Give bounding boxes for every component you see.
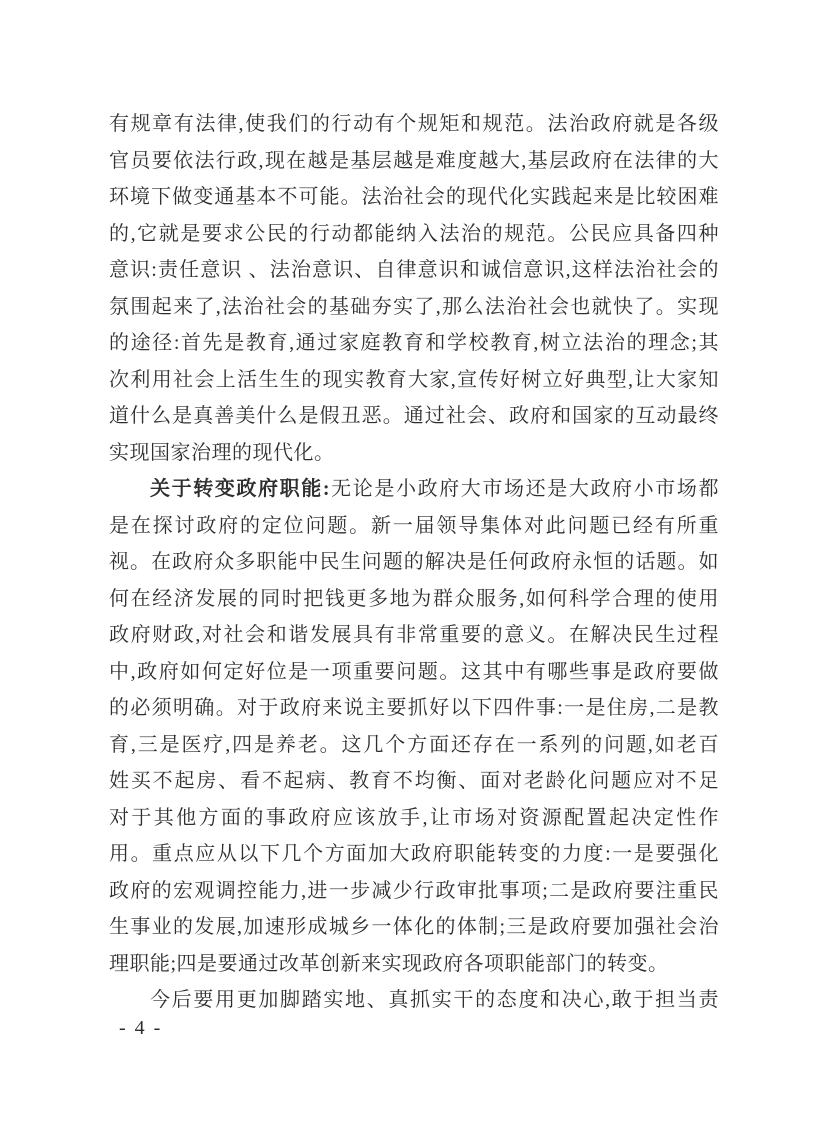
text-line: 何在经济发展的同时把钱更多地为群众服务,如何科学合理的使用 [109,581,719,618]
text-line: 的途径:首先是教育,通过家庭教育和学校教育,树立法治的理念;其 [109,325,719,362]
text-line: 实现国家治理的现代化。 [109,435,719,472]
text-line: 是在探讨政府的定位问题。新一届领导集体对此问题已经有所重 [109,508,719,545]
document-page: 有规章有法律,使我们的行动有个规矩和规范。法治政府就是各级 官员要依法行政,现在… [0,0,827,1122]
text-line: 姓买不起房、看不起病、教育不均衡、面对老龄化问题应对不足等。 [109,763,719,800]
text-line: 理职能;四是要通过改革创新来实现政府各项职能部门的转变。 [109,946,719,983]
text-line: 的必须明确。对于政府来说主要抓好以下四件事:一是住房,二是教 [109,690,719,727]
text-line: 官员要依法行政,现在越是基层越是难度越大,基层政府在法律的大 [109,143,719,180]
page-number: - 4 - [119,1014,162,1042]
text-line: 次利用社会上活生生的现实教育大家,宣传好树立好典型,让大家知 [109,362,719,399]
text-line: 意识:责任意识 、法治意识、自律意识和诚信意识,这样法治社会的 [109,252,719,289]
text-line: 生事业的发展,加速形成城乡一体化的体制;三是政府要加强社会治 [109,909,719,946]
text-line: 视。在政府众多职能中民生问题的解决是任何政府永恒的话题。如 [109,544,719,581]
paragraph-lead-rest: 无论是小政府大市场还是大政府小市场都 [330,478,719,500]
paragraph-lead-bold: 关于转变政府职能: [150,478,330,500]
text-line: 中,政府如何定好位是一项重要问题。这其中有哪些事是政府要做 [109,654,719,691]
text-line: 用。重点应从以下几个方面加大政府职能转变的力度:一是要强化 [109,836,719,873]
text-line: 政府的宏观调控能力,进一步减少行政审批事项;二是政府要注重民 [109,873,719,910]
text-line: 氛围起来了,法治社会的基础夯实了,那么法治社会也就快了。实现 [109,289,719,326]
text-line: 道什么是真善美什么是假丑恶。通过社会、政府和国家的互动最终 [109,398,719,435]
text-line-paragraph-start: 关于转变政府职能:无论是小政府大市场还是大政府小市场都 [109,471,719,508]
text-line: 的,它就是要求公民的行动都能纳入法治的规范。公民应具备四种 [109,216,719,253]
page-body-text: 有规章有法律,使我们的行动有个规矩和规范。法治政府就是各级 官员要依法行政,现在… [109,106,719,1019]
text-line-paragraph-start: 今后要用更加脚踏实地、真抓实干的态度和决心,敢于担当责 [109,982,719,1019]
text-line: 对于其他方面的事政府应该放手,让市场对资源配置起决定性作 [109,800,719,837]
text-line: 政府财政,对社会和谐发展具有非常重要的意义。在解决民生过程 [109,617,719,654]
text-line: 有规章有法律,使我们的行动有个规矩和规范。法治政府就是各级 [109,106,719,143]
text-line: 环境下做变通基本不可能。法治社会的现代化实践起来是比较困难 [109,179,719,216]
text-line: 育,三是医疗,四是养老。这几个方面还存在一系列的问题,如老百 [109,727,719,764]
